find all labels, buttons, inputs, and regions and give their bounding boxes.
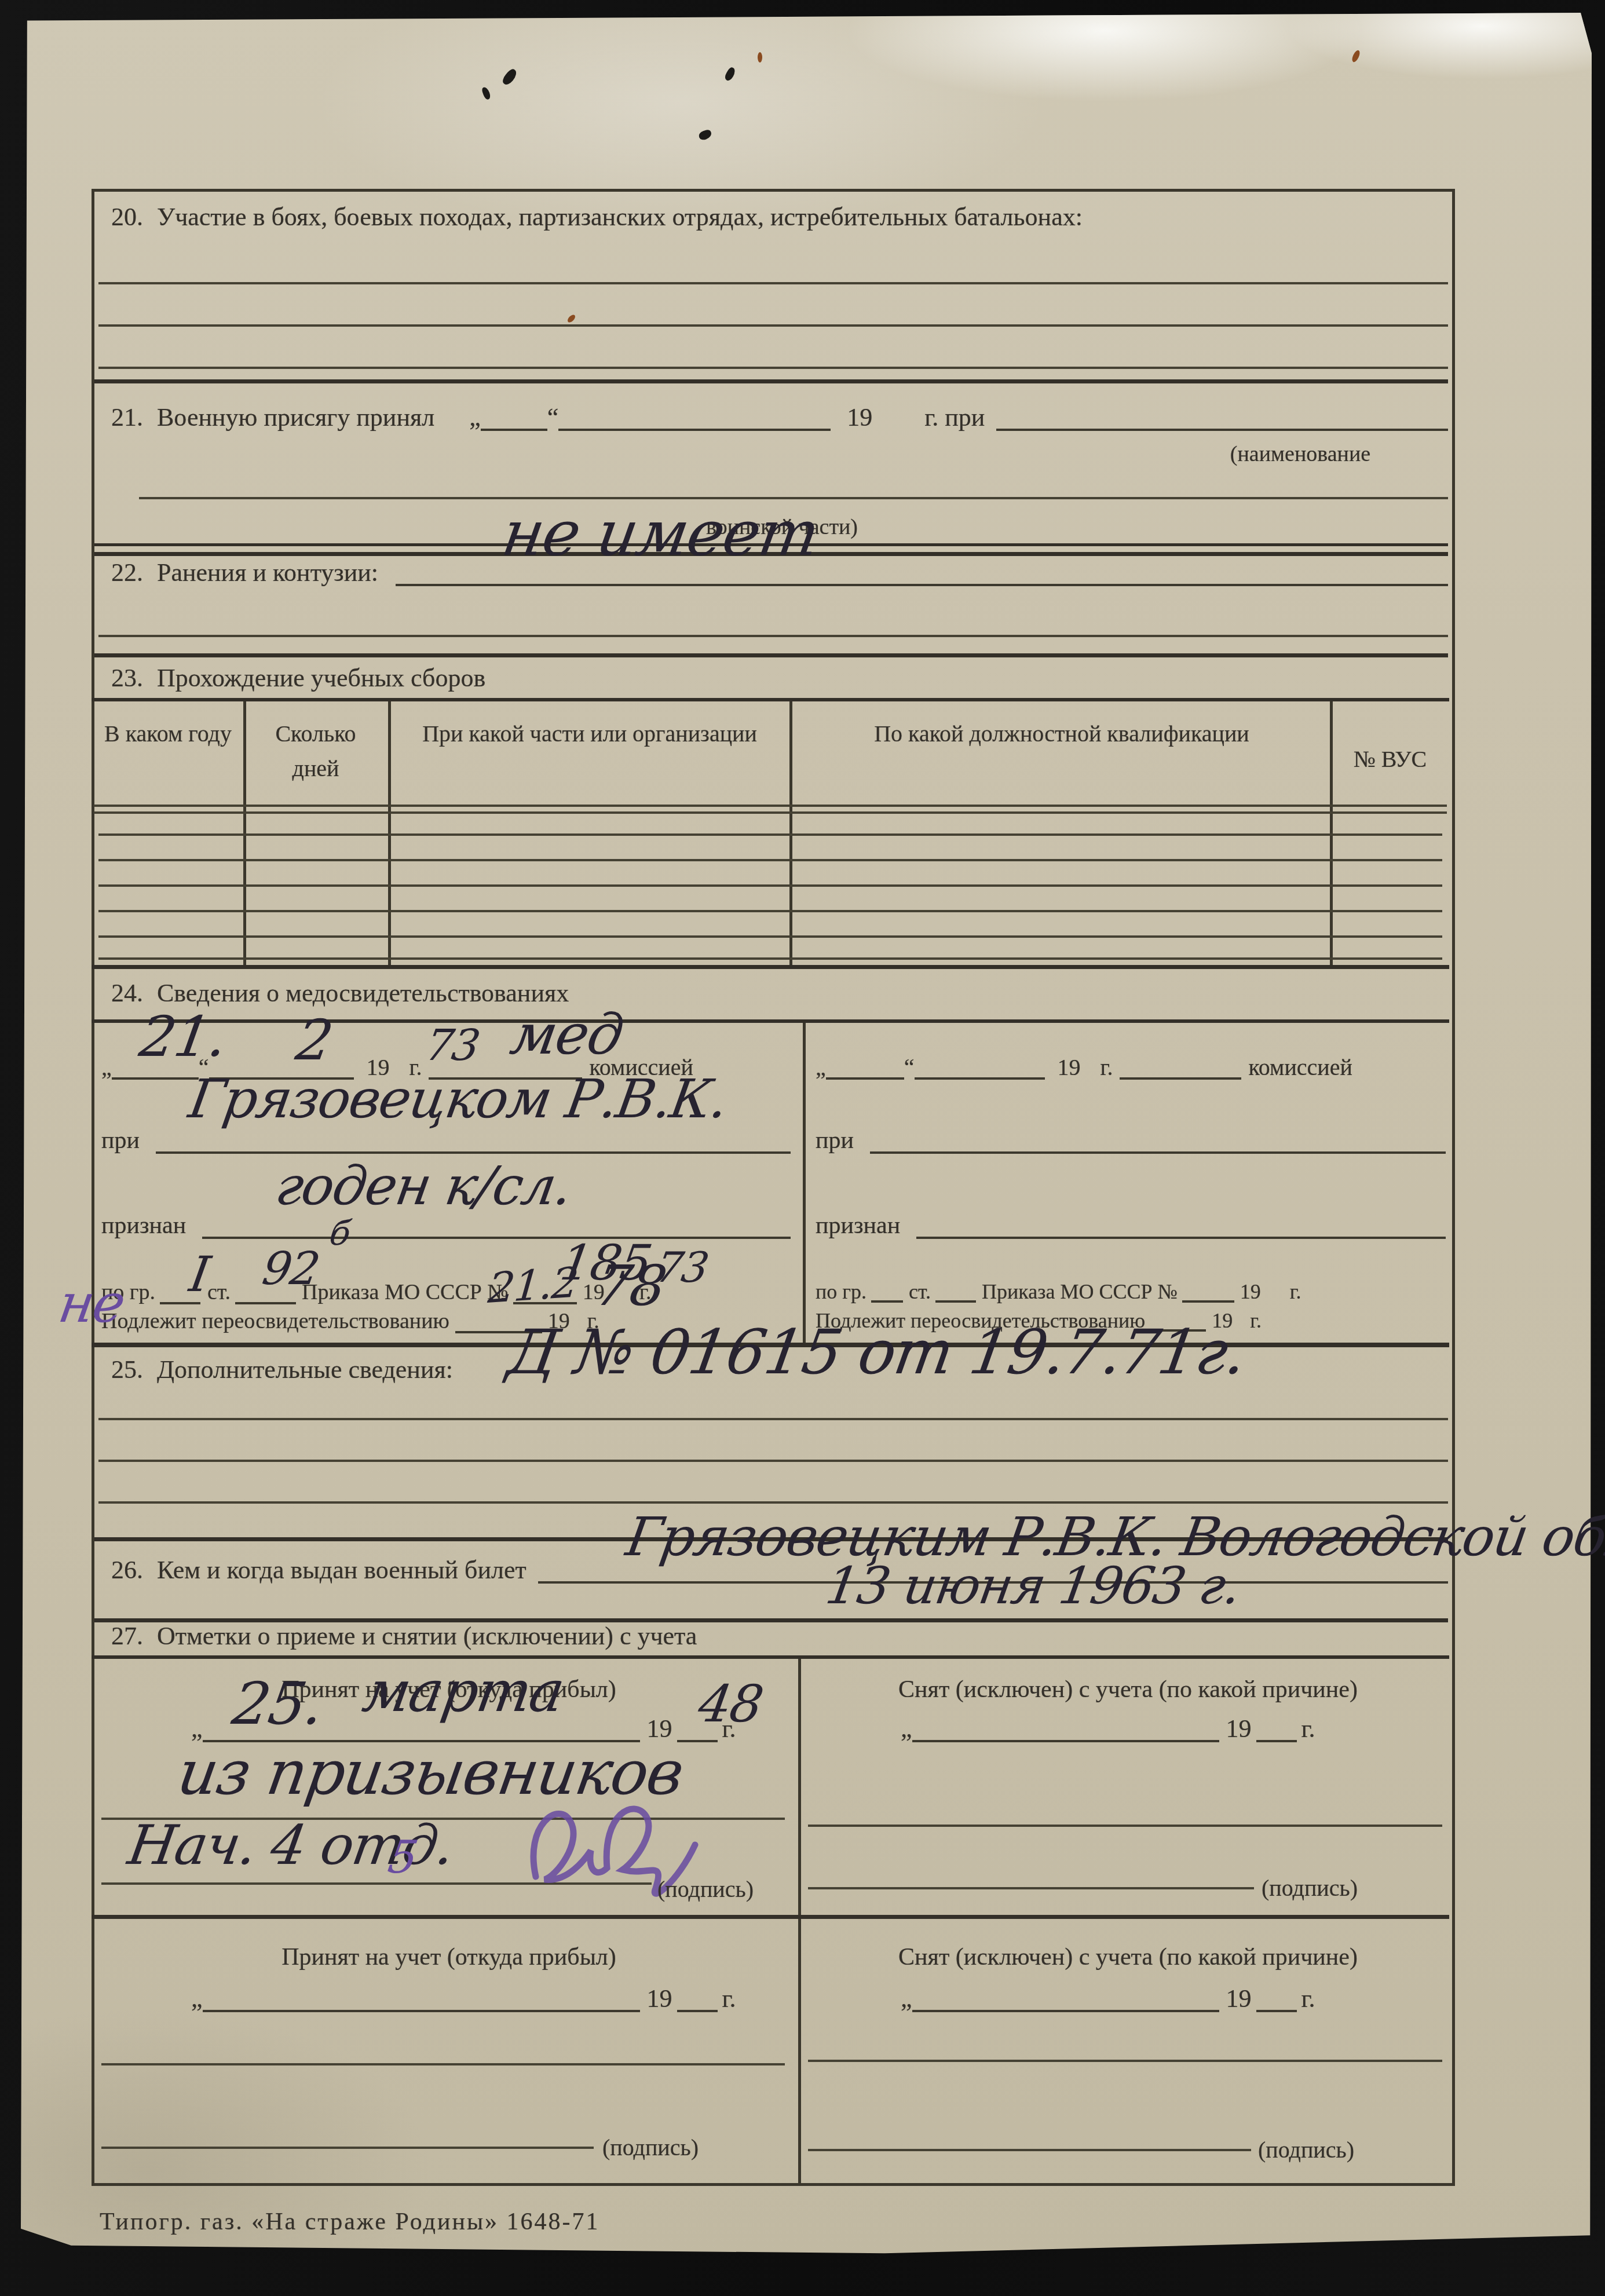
section-title: Сведения о медосвидетельствованиях <box>157 980 569 1007</box>
section-25-title: 25. Дополнительные сведения: <box>111 1357 453 1383</box>
blank-line <box>98 324 1448 327</box>
issued-by-label: Кем и когда выдан военный билет <box>157 1557 527 1584</box>
section-23-title: 23. Прохождение учебных сборов <box>111 665 485 692</box>
cell-line <box>808 2060 1442 2062</box>
quote-close: “ <box>547 404 559 431</box>
remove-date-row: „ 19 г. <box>901 1716 1422 1742</box>
prikaz-label: Приказа МО СССР № <box>302 1281 509 1304</box>
oath-label: Военную присягу принял <box>157 404 434 431</box>
section-number: 20. <box>111 204 143 231</box>
col-header-vus: № ВУС <box>1333 742 1447 777</box>
medical-right-date-row: „ “ 19 г. комиссией <box>816 1055 1446 1080</box>
section-24-title: 24. Сведения о медосвидетельствованиях <box>111 980 569 1007</box>
blank-line <box>98 282 1448 284</box>
st-blank <box>935 1297 976 1303</box>
section-title: Прохождение учебных сборов <box>157 665 485 692</box>
hint-naimenovanie: (наименование <box>1150 438 1451 471</box>
remove-date-row-blank: „ 19 г. <box>901 1986 1422 2012</box>
quote-close: “ <box>904 1055 915 1080</box>
table-row-line <box>98 859 1442 861</box>
table-row-line <box>98 957 1442 960</box>
cell-line <box>101 2063 785 2065</box>
handwritten-accept-year: 48 <box>695 1679 766 1730</box>
section-number: 26. <box>111 1557 143 1584</box>
priznan-label: признан <box>101 1213 186 1239</box>
scanned-military-document: 20. Участие в боях, боевых походах, парт… <box>0 0 1605 2296</box>
handwritten-resurvey-date: 21.2 <box>487 1262 579 1309</box>
year-prefix: 19 <box>847 404 872 431</box>
training-table: В каком году Сколько дней При какой част… <box>92 698 1449 969</box>
cell-line <box>808 1825 1442 1827</box>
prikaz-label: Приказа МО СССР № <box>982 1281 1178 1303</box>
year-blank <box>1256 2006 1297 2012</box>
col-header-days: Сколько дней <box>249 716 382 786</box>
podlezhit-label: Подлежит переосвидетельствованию <box>101 1310 449 1333</box>
year-suffix: г. <box>722 1986 736 2012</box>
commission-blank <box>1120 1074 1241 1080</box>
priznan-blank <box>202 1233 791 1239</box>
medical-right-order-row: по гр. ст. Приказа МО СССР № 19 г. <box>816 1281 1446 1303</box>
section-divider <box>94 653 1448 657</box>
signature-label: (подпись) <box>657 1875 754 1903</box>
rust-speck <box>758 52 762 63</box>
section-number: 22. <box>111 560 143 586</box>
medical-left-pri-row: при <box>101 1128 791 1154</box>
year-suffix: г. <box>1101 1055 1113 1080</box>
day-blank <box>826 1074 904 1080</box>
year-blank <box>677 2006 718 2012</box>
accept-header: Принят на учет (откуда прибыл) <box>156 1939 741 1976</box>
quote-open: „ <box>901 1986 912 2012</box>
quote-open: „ <box>816 1055 826 1080</box>
accept-date-row-blank: „ 19 г. <box>191 1986 788 2012</box>
col-header-year: В каком году <box>96 716 240 751</box>
blank-line <box>98 1501 1448 1504</box>
table-row-line <box>98 833 1442 836</box>
po-gr-label: по гр. <box>816 1281 867 1303</box>
medical-left-priznan-row: признан <box>101 1213 791 1239</box>
wounds-label: Ранения и контузии: <box>157 560 378 586</box>
quote-open: „ <box>901 1716 912 1742</box>
section-27-title: 27. Отметки о приеме и снятии (исключени… <box>111 1623 697 1650</box>
year-suffix: г. <box>1301 1986 1315 2012</box>
year-prefix: 19 <box>1226 1716 1252 1742</box>
pri-label: при <box>816 1128 854 1154</box>
section-number: 24. <box>111 980 143 1007</box>
section-title: Отметки о приеме и снятии (исключении) с… <box>157 1623 697 1650</box>
quote-open: „ <box>101 1055 112 1080</box>
section-number: 21. <box>111 404 143 431</box>
handwritten-med-commission: мед <box>507 1007 626 1062</box>
header-rule <box>94 811 1447 814</box>
signature-line <box>808 1887 1254 1889</box>
section-divider <box>94 379 1448 383</box>
col-header-unit: При какой части или организации <box>416 716 763 751</box>
year-prefix: 19 <box>1240 1281 1261 1303</box>
priznan-blank <box>916 1233 1446 1239</box>
handwritten-issue-date: 13 июня 1963 г. <box>822 1560 1244 1611</box>
commission-label: комиссией <box>1248 1055 1352 1080</box>
year-suffix: г. <box>1290 1281 1301 1303</box>
year-prefix: 19 <box>1226 1986 1252 2012</box>
handwritten-med-article: 92 <box>259 1246 322 1292</box>
handwritten-additional-info: Д № 01615 от 19.7.71г. <box>504 1322 1249 1383</box>
date-blank <box>912 2006 1219 2012</box>
pri-blank <box>156 1148 791 1154</box>
table-row-line <box>98 910 1442 912</box>
table-row-line <box>98 935 1442 938</box>
margin-note-handwriting: не <box>55 1277 128 1330</box>
registration-row-divider <box>92 1915 1449 1919</box>
month-blank <box>558 425 831 431</box>
handwritten-resurvey-year: 78 <box>592 1258 669 1314</box>
pri-label: при <box>101 1128 140 1154</box>
medical-column-divider <box>803 1023 806 1343</box>
registration-column-divider <box>798 1659 801 2184</box>
st-blank <box>235 1299 296 1304</box>
signature-line <box>808 2149 1251 2151</box>
section-number: 25. <box>111 1357 143 1383</box>
priznan-label: признан <box>816 1213 900 1239</box>
year-suffix: г. при <box>924 404 985 431</box>
table-row-line <box>98 884 1442 887</box>
handwritten-med-pri: Грязовецком Р.В.К. <box>185 1073 730 1126</box>
signature-line <box>101 2147 594 2149</box>
order-no-blank <box>1182 1297 1234 1303</box>
wounds-blank <box>396 580 1448 586</box>
section-title: Участие в боях, боевых походах, партизан… <box>157 204 1083 231</box>
printing-house-imprint: Типогр. газ. «На страже Родины» 1648-71 <box>100 2208 600 2236</box>
section-number: 23. <box>111 665 143 692</box>
unit-blank <box>996 425 1448 431</box>
quote-open: „ <box>191 1986 203 2012</box>
date-blank <box>203 2006 640 2012</box>
day-blank <box>112 1074 199 1080</box>
blank-line <box>98 367 1448 369</box>
blank-line <box>98 635 1448 637</box>
blank-line <box>98 1460 1448 1462</box>
col-header-qualification: По какой должностной квалификации <box>862 716 1262 751</box>
handwritten-accept-month: марта <box>359 1663 567 1720</box>
section-title: Дополнительные сведения: <box>157 1357 453 1383</box>
year-prefix: 19 <box>1058 1055 1081 1080</box>
section-number: 27. <box>111 1623 143 1650</box>
blank-line <box>98 1418 1448 1420</box>
handwritten-med-year: 73 <box>423 1024 482 1067</box>
month-blank <box>915 1074 1045 1080</box>
handwritten-med-priznan: годен к/сл. <box>272 1160 575 1213</box>
medical-right-pri-row: при <box>816 1128 1446 1154</box>
pri-blank <box>870 1148 1446 1154</box>
handwritten-med-day: 21. <box>136 1009 230 1065</box>
year-blank <box>1256 1736 1297 1742</box>
year-suffix: г. <box>1301 1716 1315 1742</box>
gr-blank <box>871 1297 903 1303</box>
handwritten-accept-day: 25. <box>229 1675 327 1733</box>
header-rule <box>94 805 1447 807</box>
section-20-title: 20. Участие в боях, боевых походах, парт… <box>111 204 1083 231</box>
section-21-line: 21. Военную присягу принял „ “ 19 г. при <box>111 404 1448 431</box>
signature-label: (подпись) <box>1258 2136 1354 2163</box>
day-blank <box>481 425 547 431</box>
remove-header: Снят (исключен) с учета (по какой причин… <box>811 1672 1445 1708</box>
date-blank <box>912 1736 1219 1742</box>
st-label: ст. <box>207 1281 231 1304</box>
signature-label: (подпись) <box>602 2134 699 2161</box>
medical-right-priznan-row: признан <box>816 1213 1446 1239</box>
quote-open: „ <box>469 404 481 431</box>
signature-label: (подпись) <box>1262 1874 1358 1902</box>
handwritten-wounds-value: не имеет <box>498 503 822 565</box>
year-suffix: г. <box>1250 1310 1262 1332</box>
year-prefix: 19 <box>647 1986 672 2012</box>
st-label: ст. <box>909 1281 931 1303</box>
remove-header: Снят (исключен) с учета (по какой причин… <box>811 1939 1445 1976</box>
